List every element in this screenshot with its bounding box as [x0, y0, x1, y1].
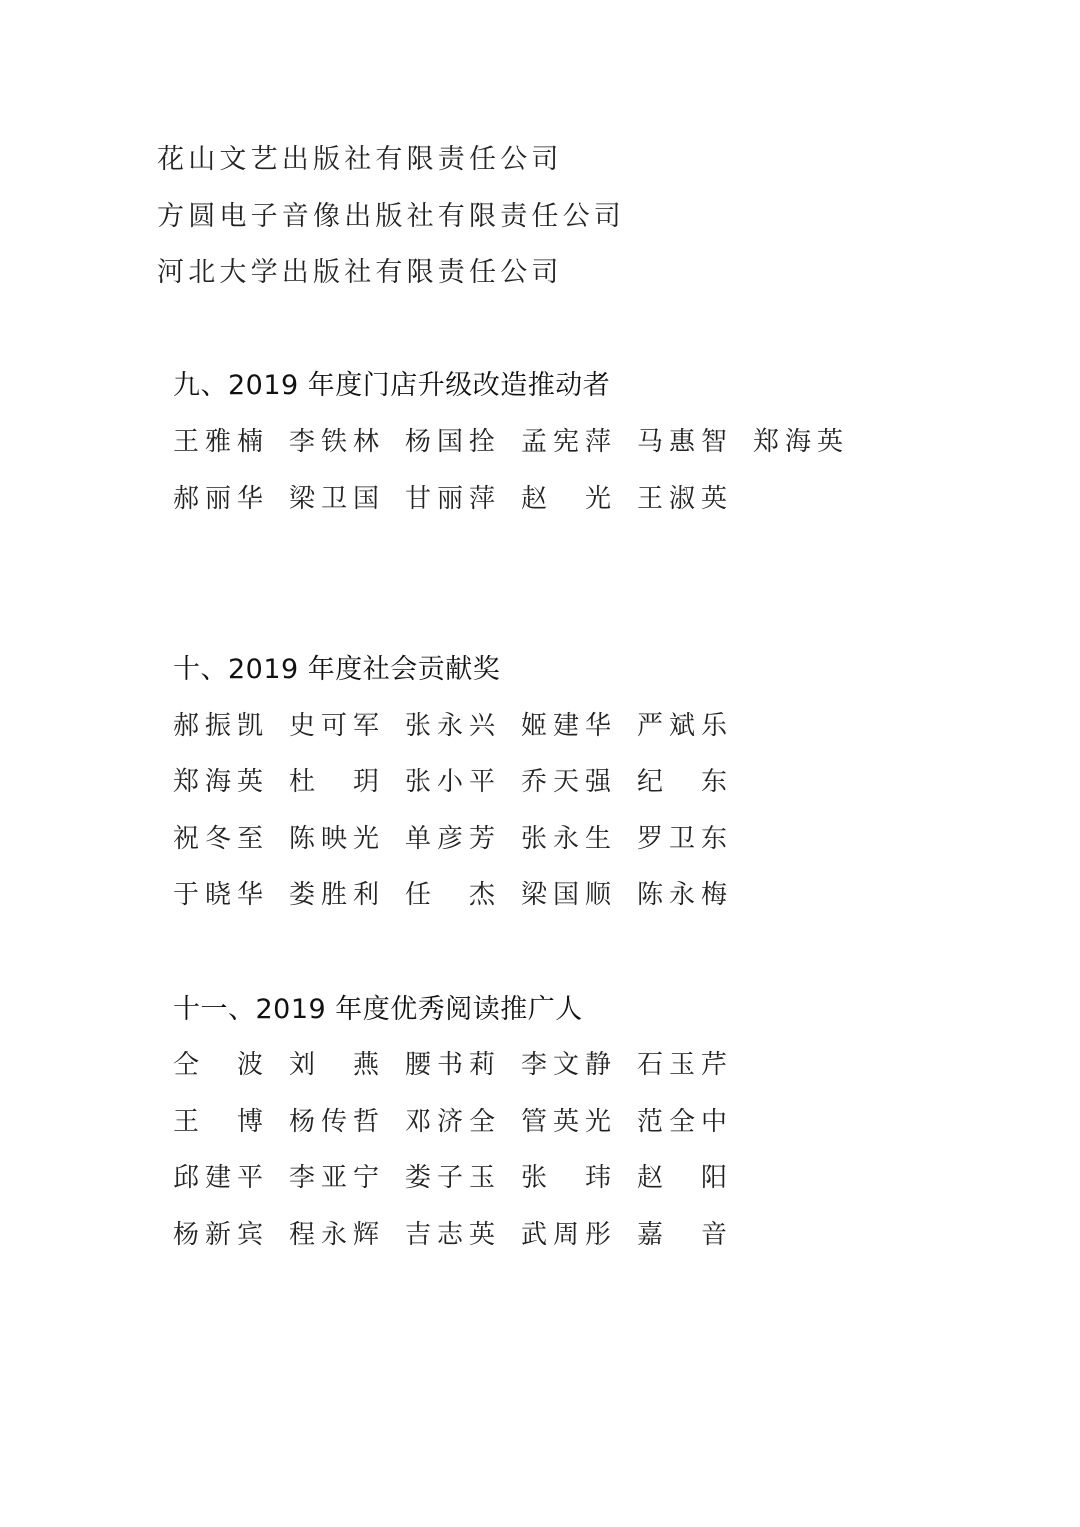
section-heading: 十、2019 年度社会贡献奖 [173, 656, 500, 683]
person-name: 郑海英 [753, 429, 843, 455]
person-name: 李铁林 [289, 429, 379, 455]
person-name: 管英光 [521, 1109, 611, 1135]
person-name: 郝丽华 [173, 486, 263, 512]
person-name: 杜玥 [289, 769, 379, 795]
person-name: 甘丽萍 [405, 486, 495, 512]
person-name: 张永生 [521, 826, 611, 852]
person-name: 刘燕 [289, 1052, 379, 1078]
section-heading: 十一、2019 年度优秀阅读推广人 [173, 996, 583, 1023]
person-name: 任杰 [405, 882, 495, 908]
person-name: 腰书莉 [405, 1052, 495, 1078]
person-name: 严斌乐 [637, 713, 727, 739]
person-name: 王博 [173, 1109, 263, 1135]
person-name: 武周彤 [521, 1222, 611, 1248]
person-name: 程永辉 [289, 1222, 379, 1248]
person-name: 吉志英 [405, 1222, 495, 1248]
person-name: 杨国拴 [405, 429, 495, 455]
person-name: 范全中 [637, 1109, 727, 1135]
person-name: 张玮 [521, 1165, 611, 1191]
person-name: 杨传哲 [289, 1109, 379, 1135]
company-name: 河北大学出版社有限责任公司 [157, 259, 563, 286]
person-name: 杨新宾 [173, 1222, 263, 1248]
person-name: 罗卫东 [637, 826, 727, 852]
person-name: 赵阳 [637, 1165, 727, 1191]
person-name: 孟宪萍 [521, 429, 611, 455]
person-name: 邓济全 [405, 1109, 495, 1135]
person-name: 娄胜利 [289, 882, 379, 908]
person-name: 梁卫国 [289, 486, 379, 512]
company-name: 方圆电子音像出版社有限责任公司 [157, 203, 625, 230]
person-name: 姬建华 [521, 713, 611, 739]
person-name: 王雅楠 [173, 429, 263, 455]
person-name: 张永兴 [405, 713, 495, 739]
person-name: 邱建平 [173, 1165, 263, 1191]
person-name: 郑海英 [173, 769, 263, 795]
person-name: 石玉芹 [637, 1052, 727, 1078]
person-name: 李亚宁 [289, 1165, 379, 1191]
person-name: 史可军 [289, 713, 379, 739]
person-name: 马惠智 [637, 429, 727, 455]
person-name: 娄子玉 [405, 1165, 495, 1191]
person-name: 于晓华 [173, 882, 263, 908]
document-page: 花山文艺出版社有限责任公司 方圆电子音像出版社有限责任公司 河北大学出版社有限责… [0, 0, 1080, 1527]
person-name: 单彦芳 [405, 826, 495, 852]
person-name: 祝冬至 [173, 826, 263, 852]
person-name: 张小平 [405, 769, 495, 795]
person-name: 郝振凯 [173, 713, 263, 739]
person-name: 仝波 [173, 1052, 263, 1078]
person-name: 王淑英 [637, 486, 727, 512]
person-name: 李文静 [521, 1052, 611, 1078]
person-name: 嘉音 [637, 1222, 727, 1248]
person-name: 陈映光 [289, 826, 379, 852]
person-name: 纪东 [637, 769, 727, 795]
person-name: 乔天强 [521, 769, 611, 795]
person-name: 陈永梅 [637, 882, 727, 908]
company-name: 花山文艺出版社有限责任公司 [157, 146, 563, 173]
person-name: 赵光 [521, 486, 611, 512]
section-heading: 九、2019 年度门店升级改造推动者 [173, 372, 610, 399]
person-name: 梁国顺 [521, 882, 611, 908]
